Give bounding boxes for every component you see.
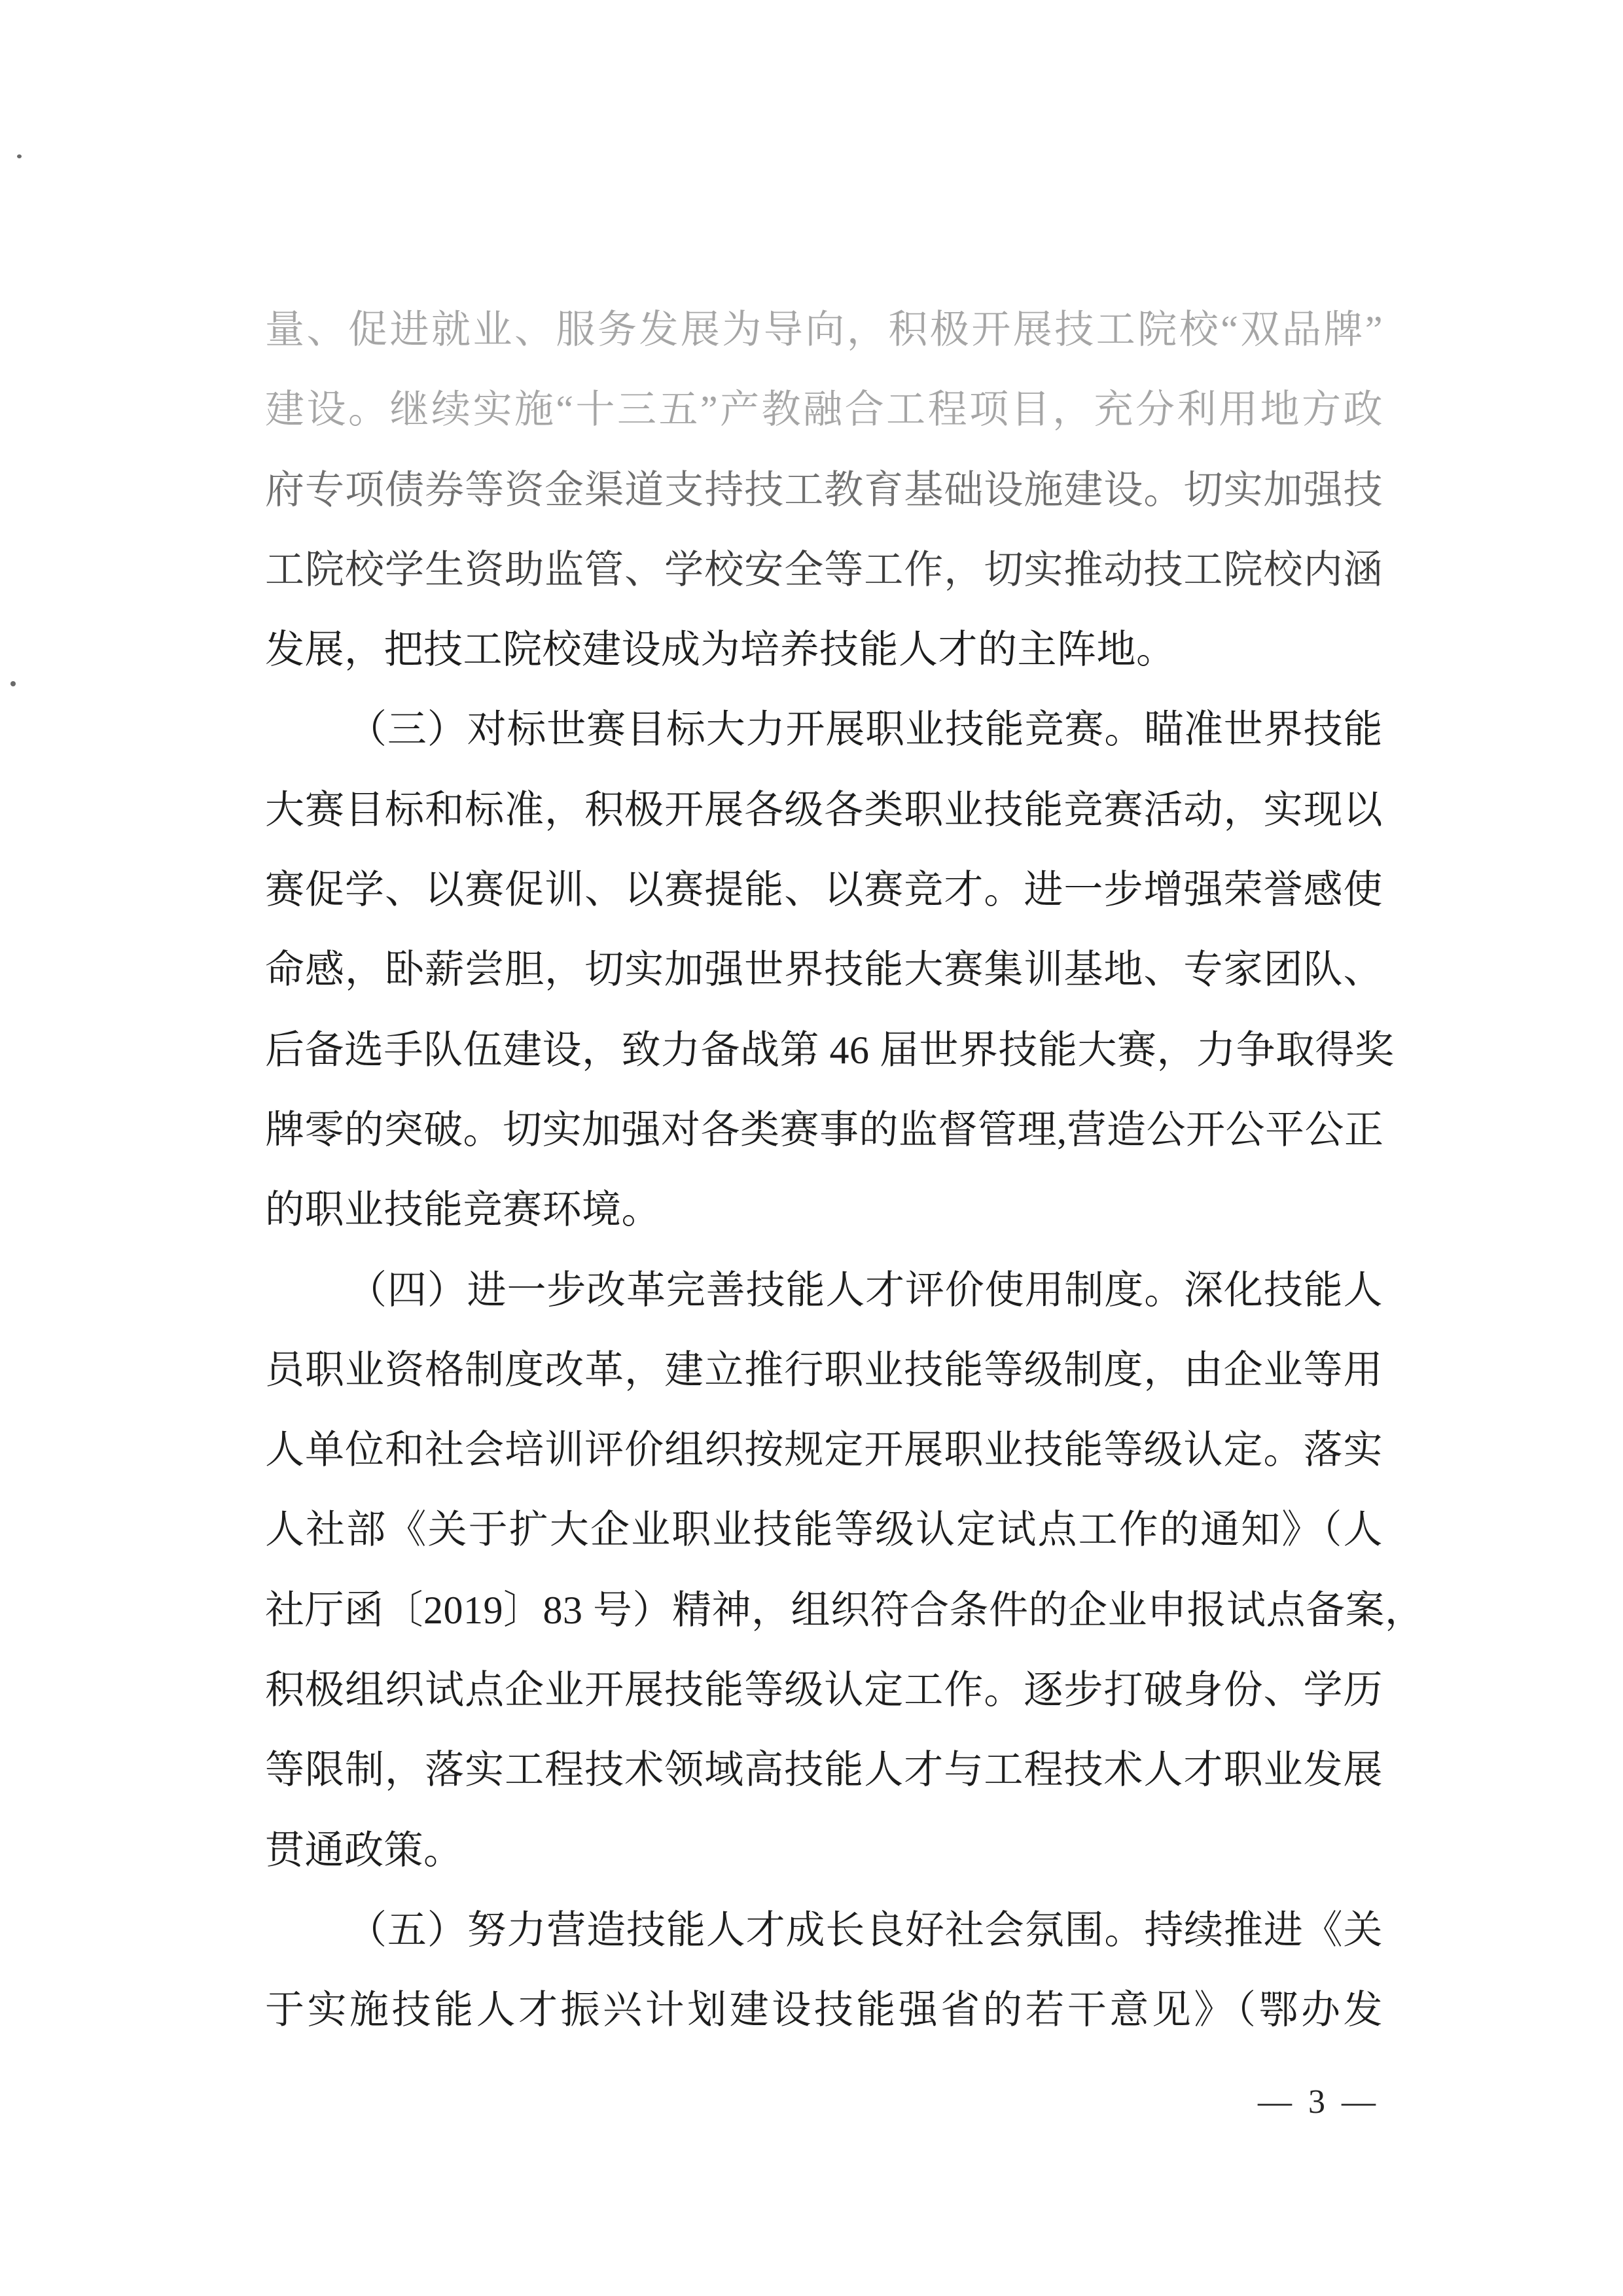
text-line: 建设。继续实施“十三五”产教融合工程项目，充分利用地方政 bbox=[265, 370, 1383, 450]
text-line: 大赛目标和标准，积极开展各级各类职业技能竞赛活动，实现以 bbox=[265, 770, 1383, 850]
text-line: （五）努力营造技能人才成长良好社会氛围。持续推进《关 bbox=[265, 1890, 1383, 1970]
text-line: 发展，把技工院校建设成为培养技能人才的主阵地。 bbox=[265, 610, 1383, 690]
text-line: 府专项债券等资金渠道支持技工教育基础设施建设。切实加强技 bbox=[265, 450, 1383, 530]
text-block: 量、促进就业、服务发展为导向，积极开展技工院校“双品牌”建设。继续实施“十三五”… bbox=[265, 290, 1383, 2051]
text-line: （四）进一步改革完善技能人才评价使用制度。深化技能人 bbox=[265, 1250, 1383, 1330]
text-line: （三）对标世赛目标大力开展职业技能竞赛。瞄准世界技能 bbox=[265, 690, 1383, 769]
scan-speck bbox=[17, 154, 22, 158]
document-page: 量、促进就业、服务发展为导向，积极开展技工院校“双品牌”建设。继续实施“十三五”… bbox=[0, 0, 1623, 2296]
text-line: 等限制，落实工程技术领域高技能人才与工程技术人才职业发展 bbox=[265, 1730, 1383, 1810]
text-line: 命感，卧薪尝胆，切实加强世界技能大赛集训基地、专家团队、 bbox=[265, 930, 1383, 1010]
text-line: 社厅函〔2019〕83 号）精神，组织符合条件的企业申报试点备案， bbox=[265, 1570, 1383, 1650]
text-line: 贯通政策。 bbox=[265, 1810, 1383, 1890]
text-line: 积极组织试点企业开展技能等级认定工作。逐步打破身份、学历 bbox=[265, 1650, 1383, 1730]
text-line: 人单位和社会培训评价组织按规定开展职业技能等级认定。落实 bbox=[265, 1410, 1383, 1490]
text-line: 于实施技能人才振兴计划建设技能强省的若干意见》（鄂办发 bbox=[265, 1970, 1383, 2050]
text-line: 员职业资格制度改革，建立推行职业技能等级制度，由企业等用 bbox=[265, 1330, 1383, 1410]
text-line: 赛促学、以赛促训、以赛提能、以赛竞才。进一步增强荣誉感使 bbox=[265, 850, 1383, 930]
text-line: 牌零的突破。切实加强对各类赛事的监督管理,营造公开公平公正 bbox=[265, 1090, 1383, 1170]
page-number: — 3 — bbox=[1243, 2079, 1394, 2125]
text-line: 人社部《关于扩大企业职业技能等级认定试点工作的通知》（人 bbox=[265, 1490, 1383, 1570]
text-line: 的职业技能竞赛环境。 bbox=[265, 1170, 1383, 1250]
text-line: 量、促进就业、服务发展为导向，积极开展技工院校“双品牌” bbox=[265, 290, 1383, 370]
text-line: 后备选手队伍建设，致力备战第 46 届世界技能大赛，力争取得奖 bbox=[265, 1010, 1383, 1090]
text-line: 工院校学生资助监管、学校安全等工作，切实推动技工院校内涵 bbox=[265, 530, 1383, 610]
scan-speck bbox=[10, 681, 16, 686]
